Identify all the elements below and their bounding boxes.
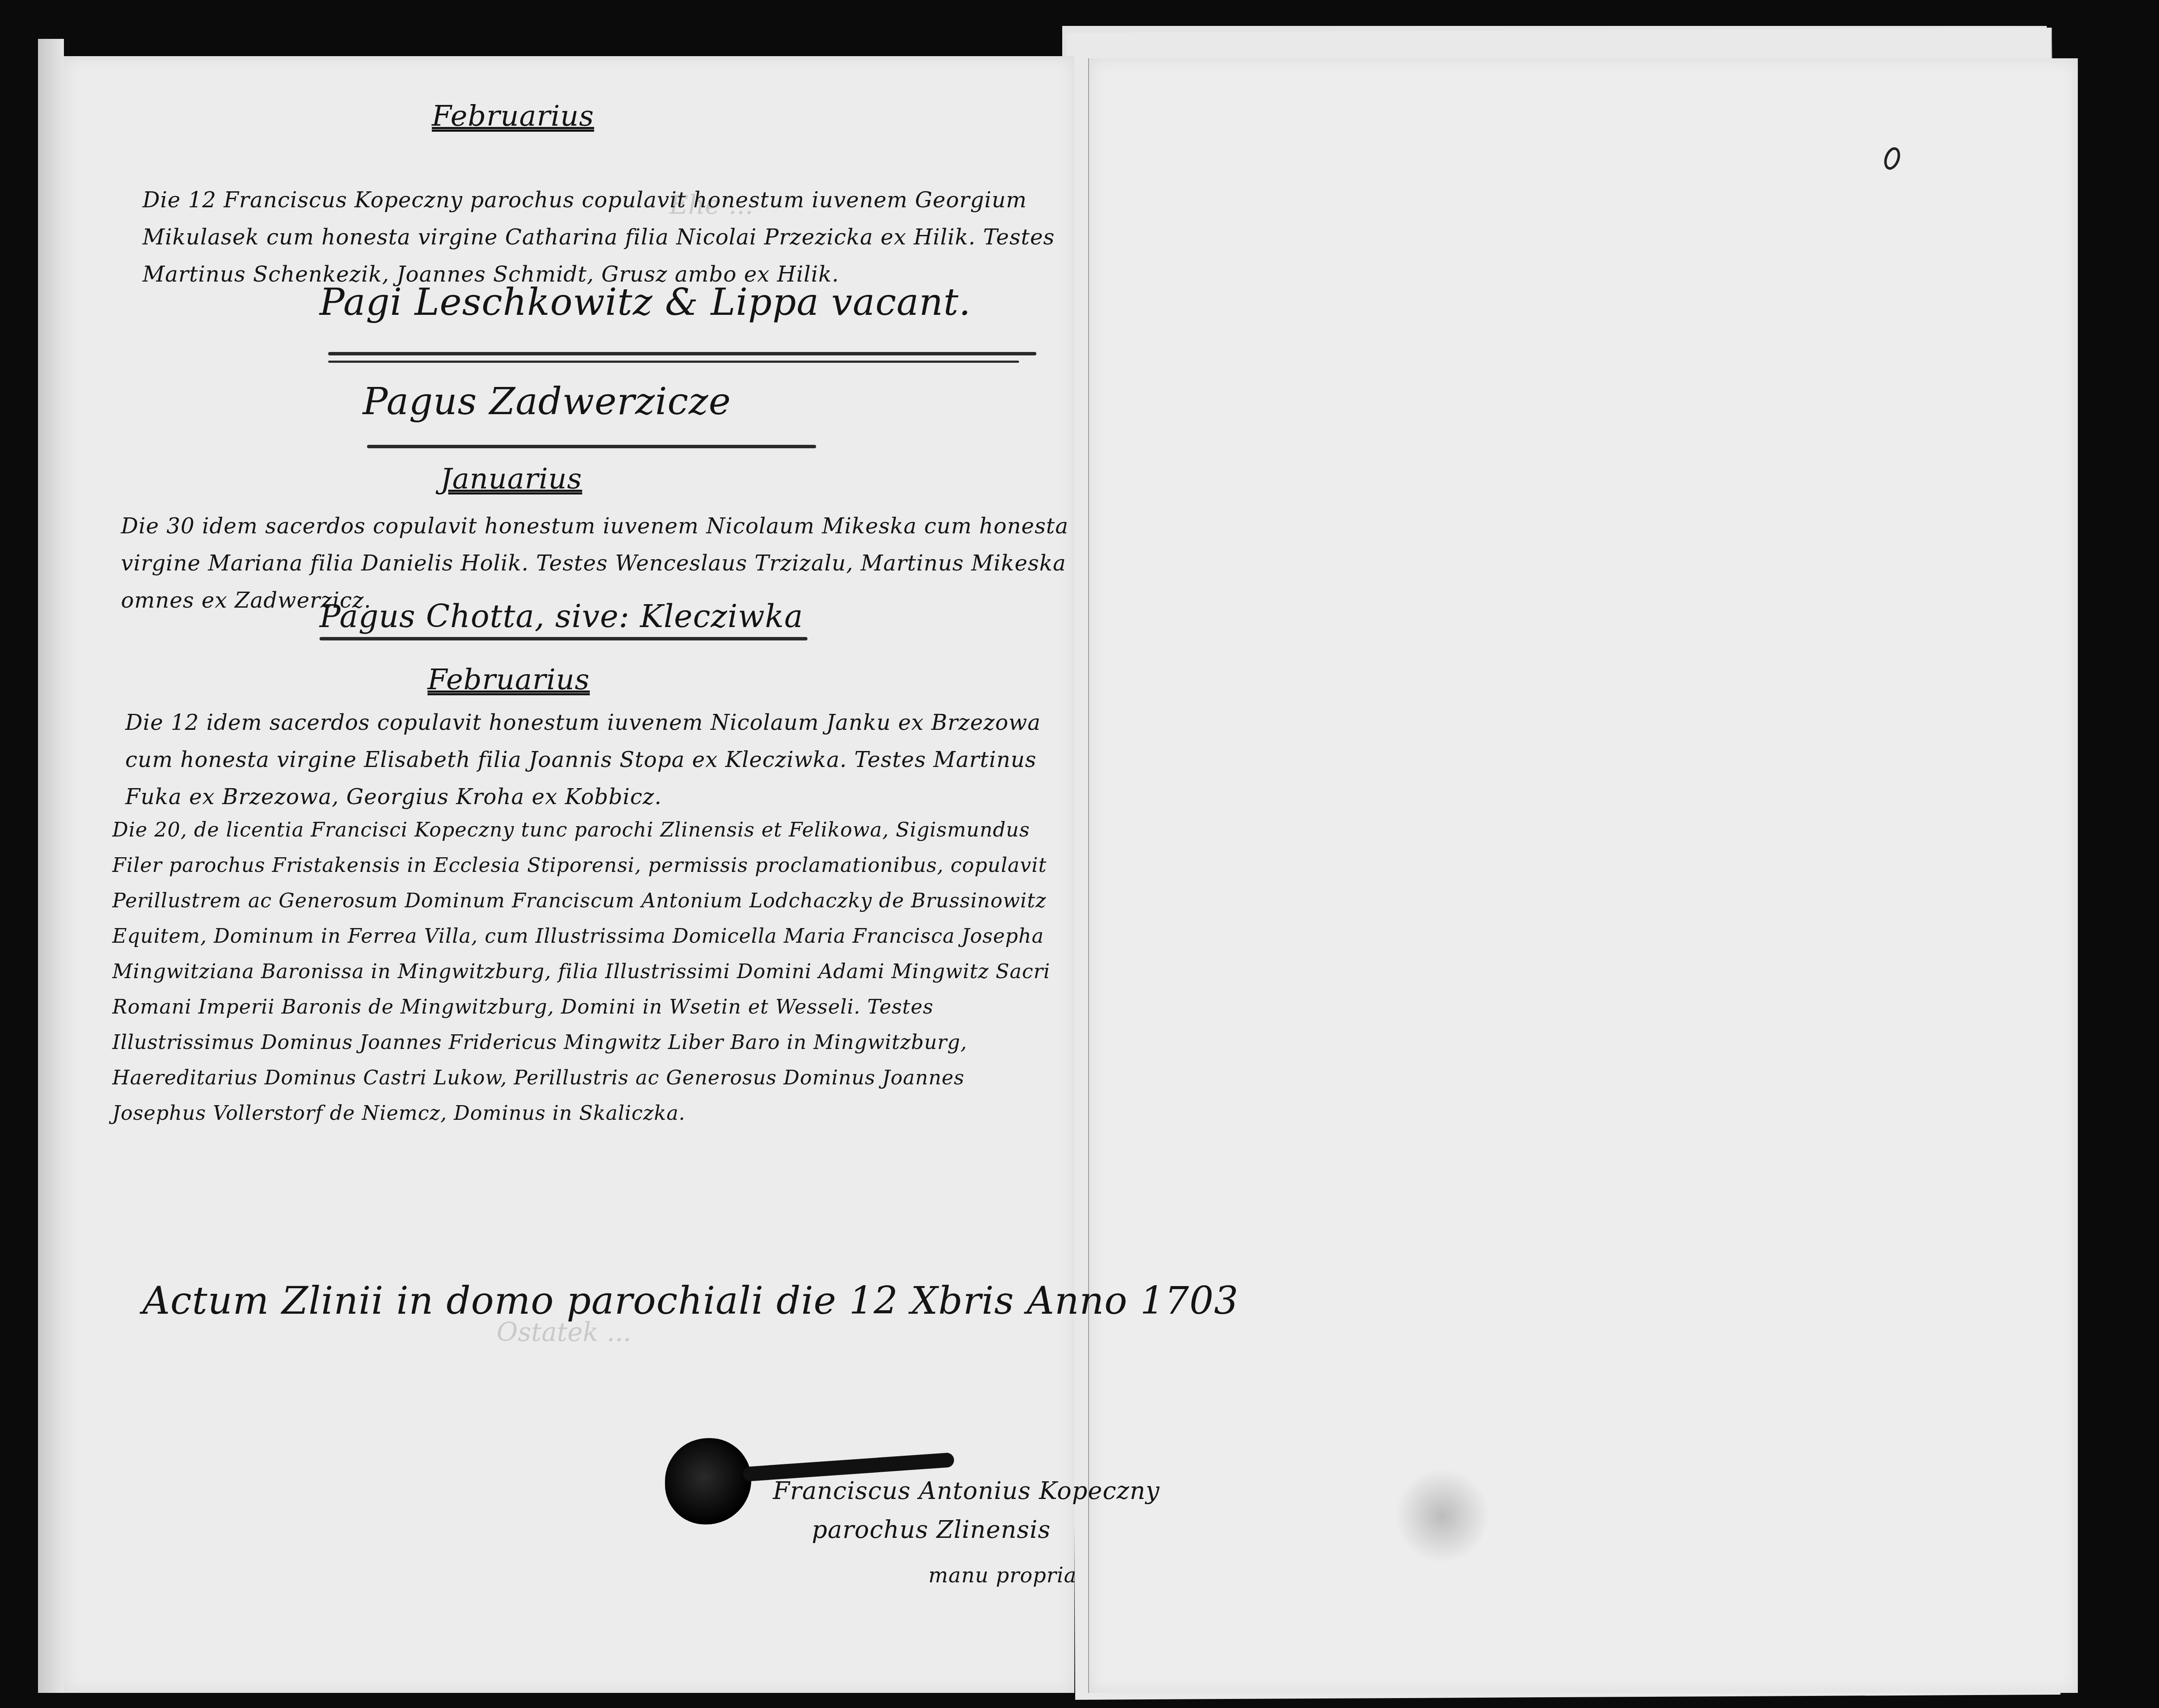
paper-stain — [1395, 1468, 1490, 1563]
register-entry: Die 12 Franciscus Kopeczny parochus copu… — [142, 181, 1092, 293]
month-heading: Januarius — [440, 462, 582, 495]
section-heading: Pagus Zadwerzicze — [363, 380, 731, 423]
section-heading: Pagus Chotta, sive: Klecziwka — [320, 598, 803, 634]
closing-statement: Actum Zlinii in domo parochiali die 12 X… — [142, 1278, 1238, 1323]
underline — [367, 445, 816, 448]
register-entry: Die 20, de licentia Francisci Kopeczny t… — [112, 812, 1062, 1131]
signature-manu-propria: manu propria — [928, 1563, 1076, 1588]
signature-name: Franciscus Antonius Kopeczny — [773, 1477, 1160, 1505]
section-heading: Pagi Leschkowitz & Lippa vacant. — [320, 281, 971, 324]
double-underline — [328, 361, 1019, 363]
register-entry: Die 12 idem sacerdos copulavit honestum … — [125, 704, 1075, 815]
month-heading: Februarius — [427, 663, 590, 696]
signature-title: parochus Zlinensis — [812, 1516, 1051, 1544]
double-underline — [320, 637, 807, 640]
month-heading: Februarius — [432, 99, 594, 133]
double-underline — [328, 352, 1036, 355]
right-page-blank — [1088, 58, 2078, 1693]
